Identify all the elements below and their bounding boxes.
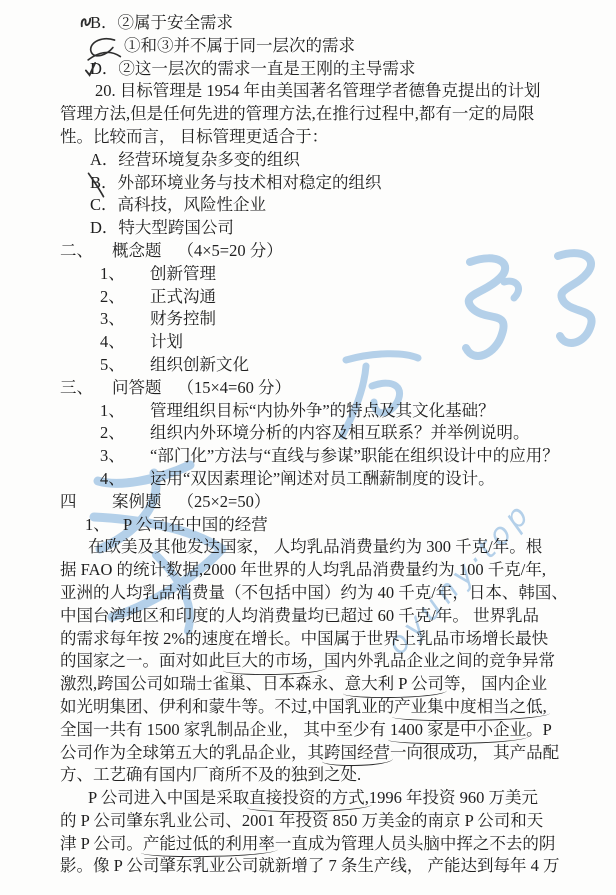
item-text: 组织内外环境分析的内容及相互联系？并举例说明。 (150, 423, 530, 442)
underlined-phrase: 巨大的市场， (225, 650, 324, 673)
exam-text-line: 在欧美及其他发达国家， 人均乳品消费量约为 300 千克/年。根 (60, 536, 596, 559)
item-number: 5、 (100, 354, 150, 377)
section-essay-questions: 三、问答题（15×4=60 分） 1、管理组织目标“内协外争”的特点及其文化基础… (60, 377, 596, 491)
option-text: 经营环境复杂多变的组织 (118, 150, 300, 169)
exam-text-line: 方、工艺确有国内厂商所不及的独到之处. (60, 764, 596, 787)
item-text: 创新管理 (150, 264, 216, 283)
numbered-item: 3、财务控制 (60, 308, 596, 331)
text-segment: 如光明集团、伊利和蒙牛等。不过,中国乳业的 (60, 697, 394, 716)
item-number: 1、 (100, 263, 150, 286)
question20: 20. 目标管理是 1954 年由美国著名管理学者德鲁克提出的计划管理方法,但是… (60, 80, 596, 240)
case-paragraph-2: P 公司进入中国是采取直接投资的方式,1996 年投资 960 万美元的 P 公… (60, 787, 596, 878)
underlined-phrase: 意大利 P 公司 (345, 673, 444, 696)
case-title: 1、P 公司在中国的经营 (60, 514, 596, 537)
text-segment: 据 FAO 的统计数据,2000 年世界的人均乳品消费量约为 100 千克/年, (60, 560, 546, 579)
section-number: 三、 (60, 377, 112, 400)
text-segment: 亚洲的人均乳品消费量（不包括中国）约为 40 千克/年，日本、韩国、 (60, 583, 568, 602)
underlined-phrase: 产能过低的利用率 (143, 833, 275, 856)
underlined-phrase: 1400 家是中小企业 (390, 719, 526, 742)
option-text: 特大型跨国公司 (118, 218, 234, 237)
section-case-study: 四案例题（25×2=50） 1、P 公司在中国的经营 在欧美及其他发达国家， 人… (60, 491, 596, 879)
text-segment: 的 P 公司肇东乳业公司、2001 年投资 850 万美金的南京 P 公司和天 (60, 811, 543, 830)
section-title: 概念题 (112, 241, 162, 260)
option-letter: C． (90, 195, 118, 214)
option-text: 外部环境业务与技术相对稳定的组织 (118, 173, 382, 192)
option-letter: A． (90, 150, 118, 169)
text-segment: 等， 国内企业 (444, 674, 547, 693)
section-number: 二、 (60, 240, 112, 263)
item-text: 计划 (150, 332, 183, 351)
question-stem-line: 性。比较而言， 目标管理更适合于： (60, 126, 596, 149)
pen-check-mark (84, 61, 97, 78)
text-segment: 方、工艺确有国内厂商所不及的独到之处. (60, 765, 361, 784)
option-text: ②属于安全需求 (118, 13, 234, 32)
question20-stem: 20. 目标管理是 1954 年由美国著名管理学者德鲁克提出的计划管理方法,但是… (60, 80, 596, 148)
exam-text-line: 据 FAO 的统计数据,2000 年世界的人均乳品消费量约为 100 千克/年, (60, 559, 596, 582)
numbered-item: 4、计划 (60, 331, 596, 354)
section-heading: 四案例题（25×2=50） (60, 491, 596, 514)
exam-text-line: 中国台湾地区和印度的人均消费量均已超过 60 千克/年。 世界乳品 (60, 605, 596, 628)
option-letter: B． (90, 13, 118, 32)
option-line: ①和③并不属于同一层次的需求 (60, 35, 596, 58)
item-text: 财务控制 (150, 309, 216, 328)
numbered-item: 1、管理组织目标“内协外争”的特点及其文化基础？ (60, 400, 596, 423)
option-text: ①和③并不属于同一层次的需求 (90, 36, 355, 55)
option-letter: D． (90, 218, 118, 237)
case-number: 1、 (85, 514, 123, 537)
text-segment: 影。像 P 公司肇东乳业公司就新增了 7 条生产线， 产能达到每年 4 万 (60, 856, 559, 875)
item-text: 运用“双因素理论”阐述对员工酬薪制度的设计。 (150, 469, 495, 488)
option-line: B．外部环境业务与技术相对稳定的组织 (60, 172, 596, 195)
question-stem-line: 管理方法,但是任何先进的管理方法,在推行过程中,都有一定的局限 (60, 103, 596, 126)
exam-text-line: P 公司进入中国是采取直接投资的方式,1996 年投资 960 万美元 (60, 787, 596, 810)
exam-text-line: 的需求每年按 2%的速度在增长。中国属于世界上乳品市场增长最快 (60, 628, 596, 651)
text-segment: 公司作为全球第五大的乳品企业，其 (60, 743, 324, 762)
option-line: A．经营环境复杂多变的组织 (60, 149, 596, 172)
case-title-text: P 公司在中国的经营 (123, 515, 268, 534)
item-text: 正式沟通 (150, 287, 216, 306)
item-number: 4、 (100, 331, 150, 354)
item-number: 4、 (100, 468, 150, 491)
text-segment: 全国一共有 1500 家乳制品企业， 其中至少有 (60, 720, 390, 739)
exam-text-line: 如光明集团、伊利和蒙牛等。不过,中国乳业的产业集中度相当之低, (60, 696, 596, 719)
numbered-item: 3、“部门化”方法与“直线与参谋”职能在组织设计中的应用？ (60, 445, 596, 468)
exam-text-line: 全国一共有 1500 家乳制品企业， 其中至少有 1400 家是中小企业。P (60, 719, 596, 742)
exam-text-line: 公司作为全球第五大的乳品企业，其跨国经营一向很成功， 其产品配 (60, 742, 596, 765)
text-segment: 激烈,跨国公司如瑞士雀巢、日本森永、 (60, 674, 345, 693)
item-number: 1、 (100, 400, 150, 423)
pen-tick-mark (79, 15, 92, 30)
underlined-phrase: 产业集中度相当之低, (394, 696, 547, 719)
text-segment: 一直成为管理人员头脑中挥之不去的阴 (275, 834, 556, 853)
text-segment: 一向很成功， 其产品配 (390, 743, 559, 762)
scanned-exam-page: oyuny·top B．②属于安全需求①和③并不属于同一层次的需求D．②这一层次… (0, 0, 616, 895)
text-segment: 津 P 公司。 (60, 834, 143, 853)
item-text: “部门化”方法与“直线与参谋”职能在组织设计中的应用？ (150, 446, 559, 465)
text-segment: P 公司进入中国是采取 (88, 788, 249, 807)
section-heading: 二、概念题（4×5=20 分） (60, 240, 596, 263)
question20-options: A．经营环境复杂多变的组织B．外部环境业务与技术相对稳定的组织C．高科技，风险性… (60, 149, 596, 240)
numbered-item: 5、组织创新文化 (60, 354, 596, 377)
text-segment: 的国家之一。面对如此 (60, 651, 225, 670)
option-text: ②这一层次的需求一直是王刚的主导需求 (118, 59, 415, 78)
question-stem-line: 20. 目标管理是 1954 年由美国著名管理学者德鲁克提出的计划 (60, 80, 596, 103)
text-segment: 中国台湾地区和印度的人均消费量均已超过 60 千克/年。 世界乳品 (60, 606, 539, 625)
item-number: 2、 (100, 286, 150, 309)
numbered-item: 1、创新管理 (60, 263, 596, 286)
item-text: 组织创新文化 (150, 355, 249, 374)
exam-text-line: 的国家之一。面对如此巨大的市场，国内外乳品企业之间的竞争异常 (60, 650, 596, 673)
option-line: C．高科技，风险性企业 (60, 194, 596, 217)
section-score: （15×4=60 分） (178, 378, 292, 397)
exam-text-line: 的 P 公司肇东乳业公司、2001 年投资 850 万美金的南京 P 公司和天 (60, 810, 596, 833)
item-number: 3、 (100, 308, 150, 331)
exam-text-line: 津 P 公司。产能过低的利用率一直成为管理人员头脑中挥之不去的阴 (60, 833, 596, 856)
exam-text-line: 影。像 P 公司肇东乳业公司就新增了 7 条生产线， 产能达到每年 4 万 (60, 855, 596, 878)
exam-text-line: 亚洲的人均乳品消费量（不包括中国）约为 40 千克/年，日本、韩国、 (60, 582, 596, 605)
numbered-item: 2、组织内外环境分析的内容及相互联系？并举例说明。 (60, 422, 596, 445)
text-segment: 1996 年投资 960 万美元 (369, 788, 538, 807)
section-score: （25×2=50） (178, 492, 271, 511)
section-title: 问答题 (112, 378, 162, 397)
exam-content: B．②属于安全需求①和③并不属于同一层次的需求D．②这一层次的需求一直是王刚的主… (0, 0, 616, 895)
underlined-phrase: 直接投资的方式, (249, 787, 369, 810)
item-number: 3、 (100, 445, 150, 468)
section-number: 四 (60, 491, 112, 514)
text-segment: 在欧美及其他发达国家， 人均乳品消费量约为 300 千克/年。根 (88, 537, 542, 556)
section-title: 案例题 (112, 492, 162, 511)
section-score: （4×5=20 分） (178, 241, 283, 260)
text-segment: 国内外乳品企业之间的竞争异常 (324, 651, 555, 670)
option-text: 高科技，风险性企业 (118, 195, 267, 214)
option-line: D．②这一层次的需求一直是王刚的主导需求 (60, 58, 596, 81)
text-segment: 的需求每年按 2%的速度在增长。中国属于世界上乳品市场增长最快 (60, 629, 548, 648)
option-line: B．②属于安全需求 (60, 12, 596, 35)
exam-text-line: 激烈,跨国公司如瑞士雀巢、日本森永、意大利 P 公司等， 国内企业 (60, 673, 596, 696)
case-paragraph-1: 在欧美及其他发达国家， 人均乳品消费量约为 300 千克/年。根据 FAO 的统… (60, 536, 596, 787)
section-heading: 三、问答题（15×4=60 分） (60, 377, 596, 400)
underlined-phrase: 跨国经营 (324, 742, 390, 765)
numbered-item: 2、正式沟通 (60, 286, 596, 309)
text-segment: 。P (526, 720, 552, 739)
question19-remaining-options: B．②属于安全需求①和③并不属于同一层次的需求D．②这一层次的需求一直是王刚的主… (60, 12, 596, 80)
section-concept-questions: 二、概念题（4×5=20 分） 1、创新管理2、正式沟通3、财务控制4、计划5、… (60, 240, 596, 377)
numbered-item: 4、运用“双因素理论”阐述对员工酬薪制度的设计。 (60, 468, 596, 491)
option-line: D．特大型跨国公司 (60, 217, 596, 240)
item-number: 2、 (100, 422, 150, 445)
item-text: 管理组织目标“内协外争”的特点及其文化基础？ (150, 401, 495, 420)
